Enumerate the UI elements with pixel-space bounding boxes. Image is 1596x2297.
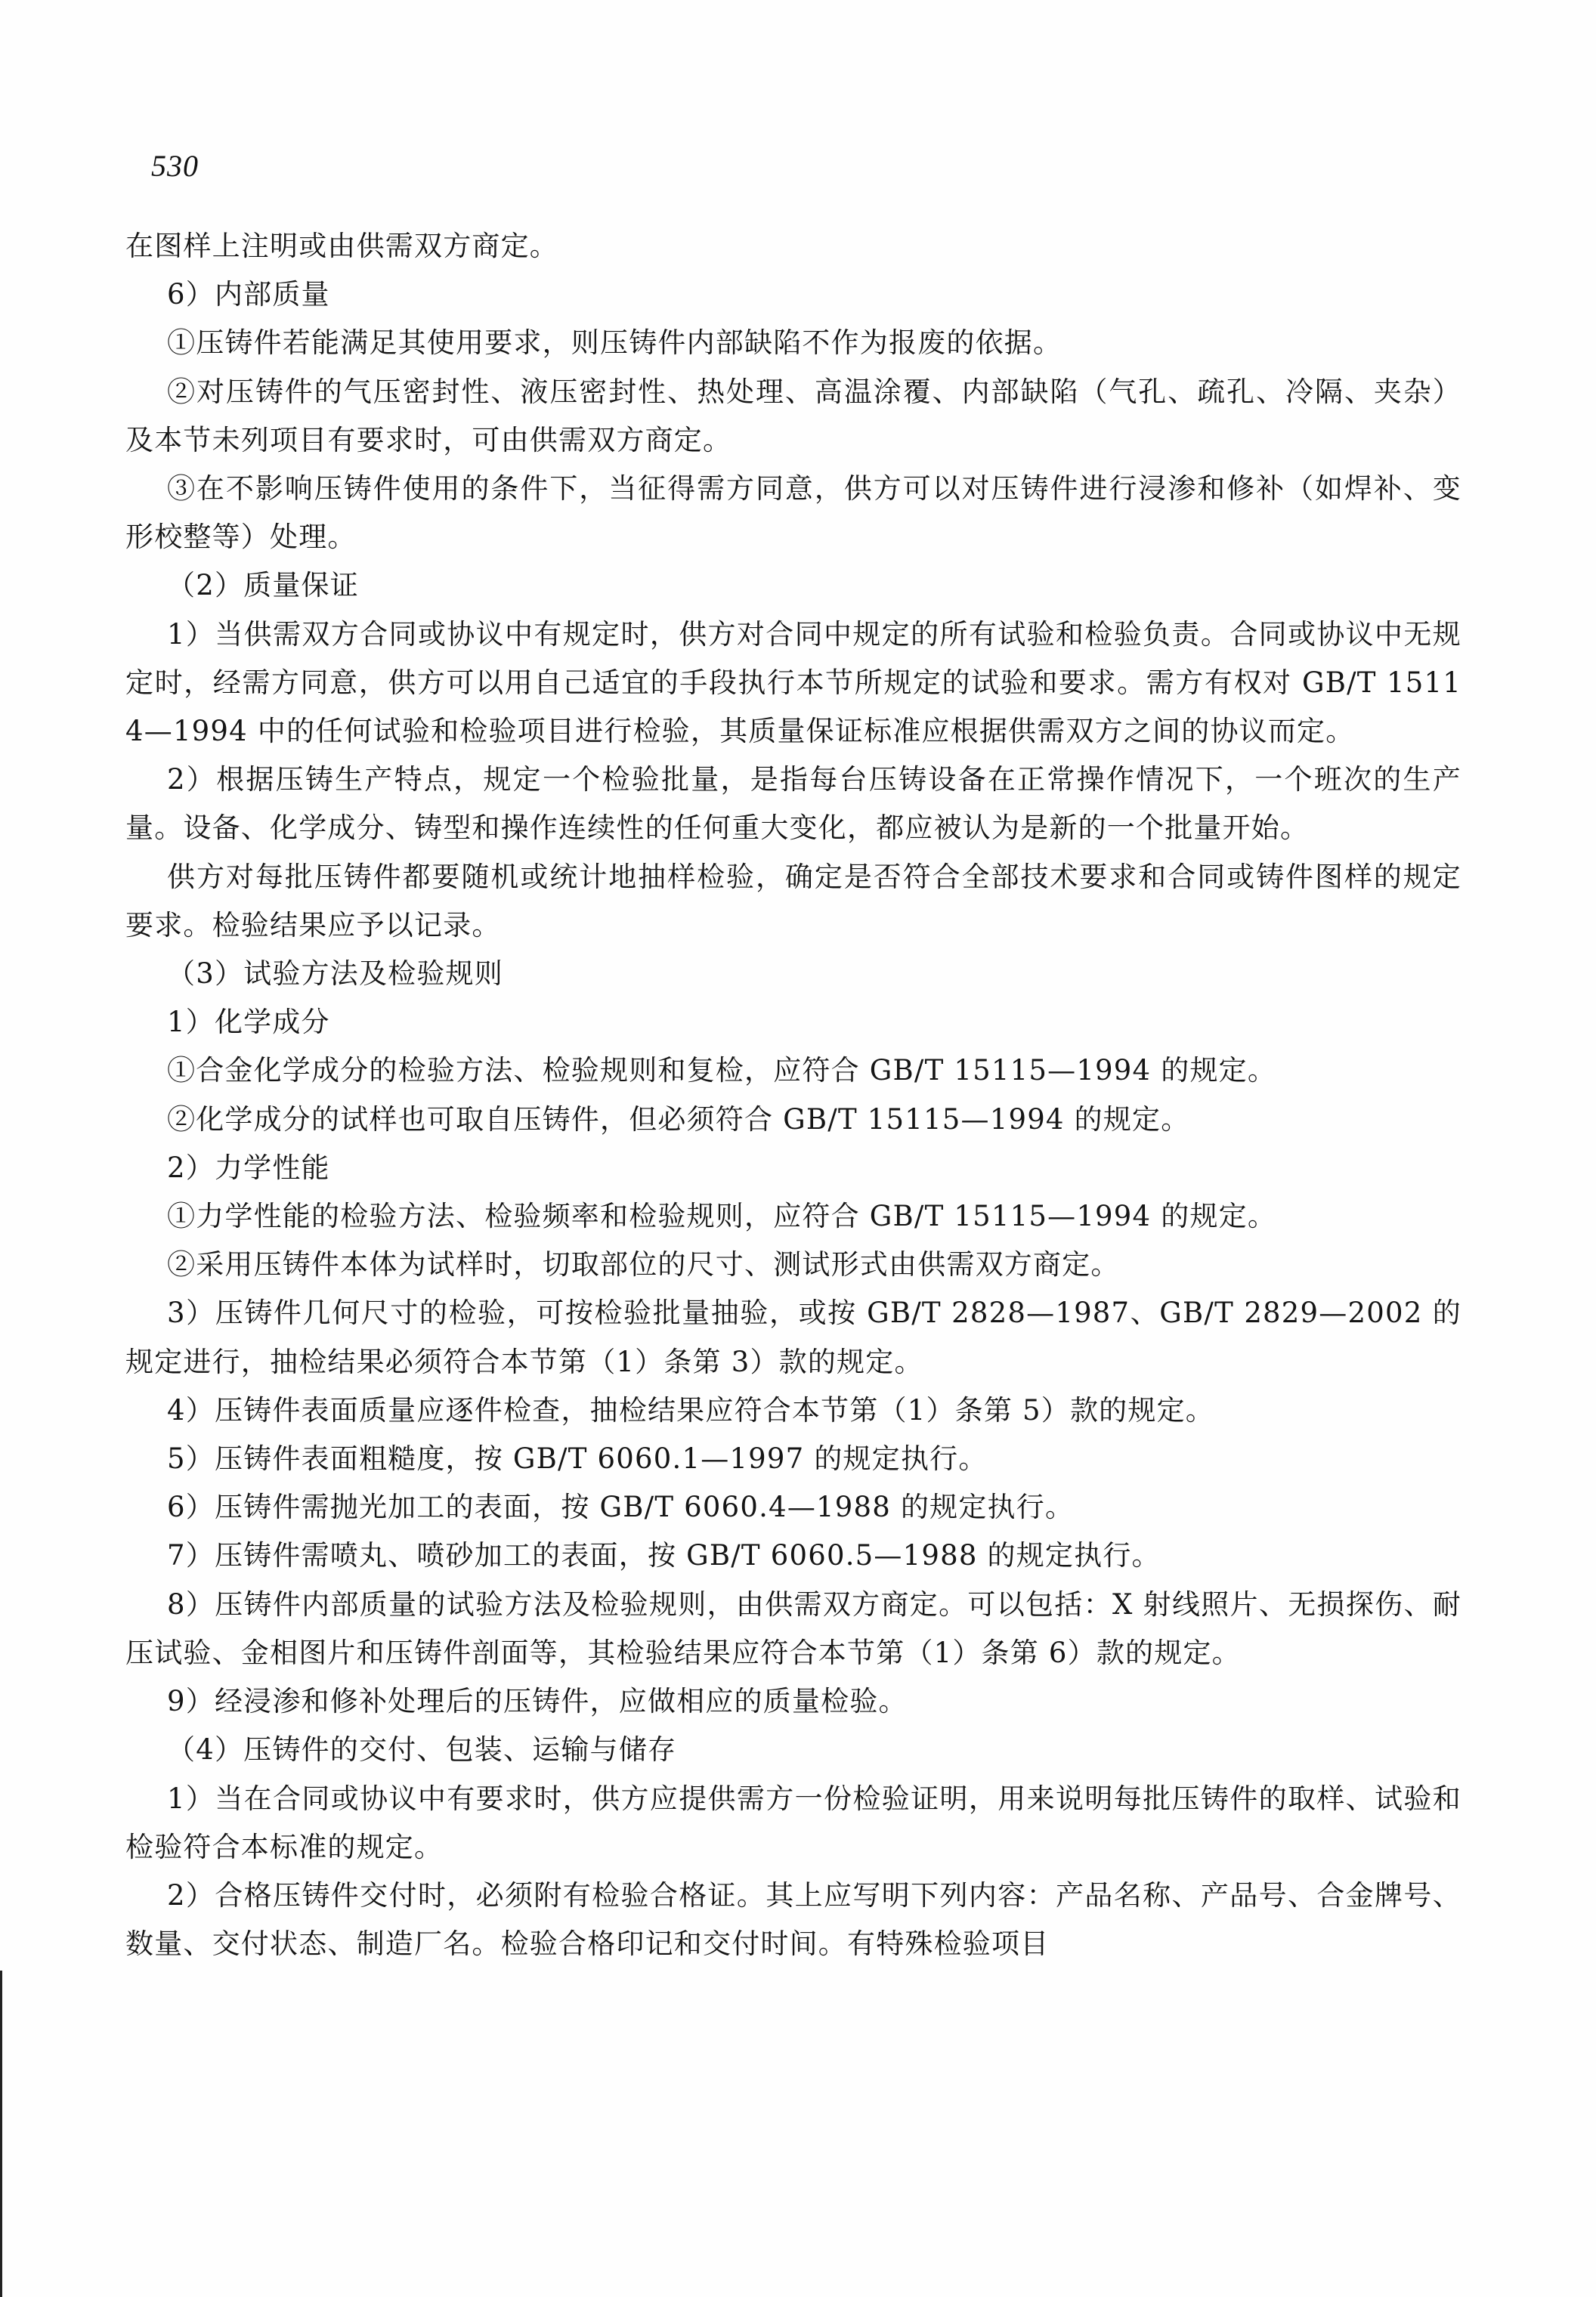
subheading-mechanical-properties: 2）力学性能 (125, 1144, 1461, 1192)
paragraph-item: ③在不影响压铸件使用的条件下，当征得需方同意，供方可以对压铸件进行浸渗和修补（如… (125, 465, 1461, 561)
paragraph-item: ②对压铸件的气压密封性、液压密封性、热处理、高温涂覆、内部缺陷（气孔、疏孔、冷隔… (125, 368, 1461, 465)
paragraph-item: 2）合格压铸件交付时，必须附有检验合格证。其上应写明下列内容：产品名称、产品号、… (125, 1872, 1461, 1968)
paragraph-item: ①合金化学成分的检验方法、检验规则和复检，应符合 GB/T 15115—1994… (125, 1046, 1461, 1095)
paragraph-item: ①力学性能的检验方法、检验频率和检验规则，应符合 GB/T 15115—1994… (125, 1192, 1461, 1241)
subheading-chemical-composition: 1）化学成分 (125, 998, 1461, 1046)
section-heading-delivery-packaging: （4）压铸件的交付、包装、运输与储存 (125, 1726, 1461, 1774)
paragraph-item: 1）当在合同或协议中有要求时，供方应提供需方一份检验证明，用来说明每批压铸件的取… (125, 1775, 1461, 1872)
binding-edge-line (0, 1971, 2, 2297)
paragraph-item: 1）当供需双方合同或协议中有规定时，供方对合同中规定的所有试验和检验负责。合同或… (125, 611, 1461, 756)
paragraph-item: 3）压铸件几何尺寸的检验，可按检验批量抽验，或按 GB/T 2828—1987、… (125, 1289, 1461, 1386)
paragraph-item: ②采用压铸件本体为试样时，切取部位的尺寸、测试形式由供需双方商定。 (125, 1241, 1461, 1289)
document-page: 530 在图样上注明或由供需双方商定。 6）内部质量 ①压铸件若能满足其使用要求… (0, 0, 1596, 2297)
paragraph-continuation: 在图样上注明或由供需双方商定。 (125, 222, 1461, 271)
body-text: 在图样上注明或由供需双方商定。 6）内部质量 ①压铸件若能满足其使用要求，则压铸… (125, 222, 1461, 1968)
section-heading-test-methods: （3）试验方法及检验规则 (125, 950, 1461, 998)
section-heading-quality-assurance: （2）质量保证 (125, 561, 1461, 610)
paragraph-item: 供方对每批压铸件都要随机或统计地抽样检验，确定是否符合全部技术要求和合同或铸件图… (125, 853, 1461, 950)
paragraph-item: ①压铸件若能满足其使用要求，则压铸件内部缺陷不作为报废的依据。 (125, 319, 1461, 367)
paragraph-item: 4）压铸件表面质量应逐件检查，抽检结果应符合本节第（1）条第 5）款的规定。 (125, 1387, 1461, 1435)
paragraph-item: 8）压铸件内部质量的试验方法及检验规则，由供需双方商定。可以包括：X 射线照片、… (125, 1581, 1461, 1677)
page-number: 530 (151, 148, 199, 184)
paragraph-item: 9）经浸渗和修补处理后的压铸件，应做相应的质量检验。 (125, 1677, 1461, 1726)
paragraph-item: 5）压铸件表面粗糙度，按 GB/T 6060.1—1997 的规定执行。 (125, 1435, 1461, 1483)
paragraph-item: 6）压铸件需抛光加工的表面，按 GB/T 6060.4—1988 的规定执行。 (125, 1483, 1461, 1532)
subheading-internal-quality: 6）内部质量 (125, 271, 1461, 319)
paragraph-item: ②化学成分的试样也可取自压铸件，但必须符合 GB/T 15115—1994 的规… (125, 1096, 1461, 1144)
paragraph-item: 7）压铸件需喷丸、喷砂加工的表面，按 GB/T 6060.5—1988 的规定执… (125, 1532, 1461, 1580)
paragraph-item: 2）根据压铸生产特点，规定一个检验批量，是指每台压铸设备在正常操作情况下，一个班… (125, 756, 1461, 852)
